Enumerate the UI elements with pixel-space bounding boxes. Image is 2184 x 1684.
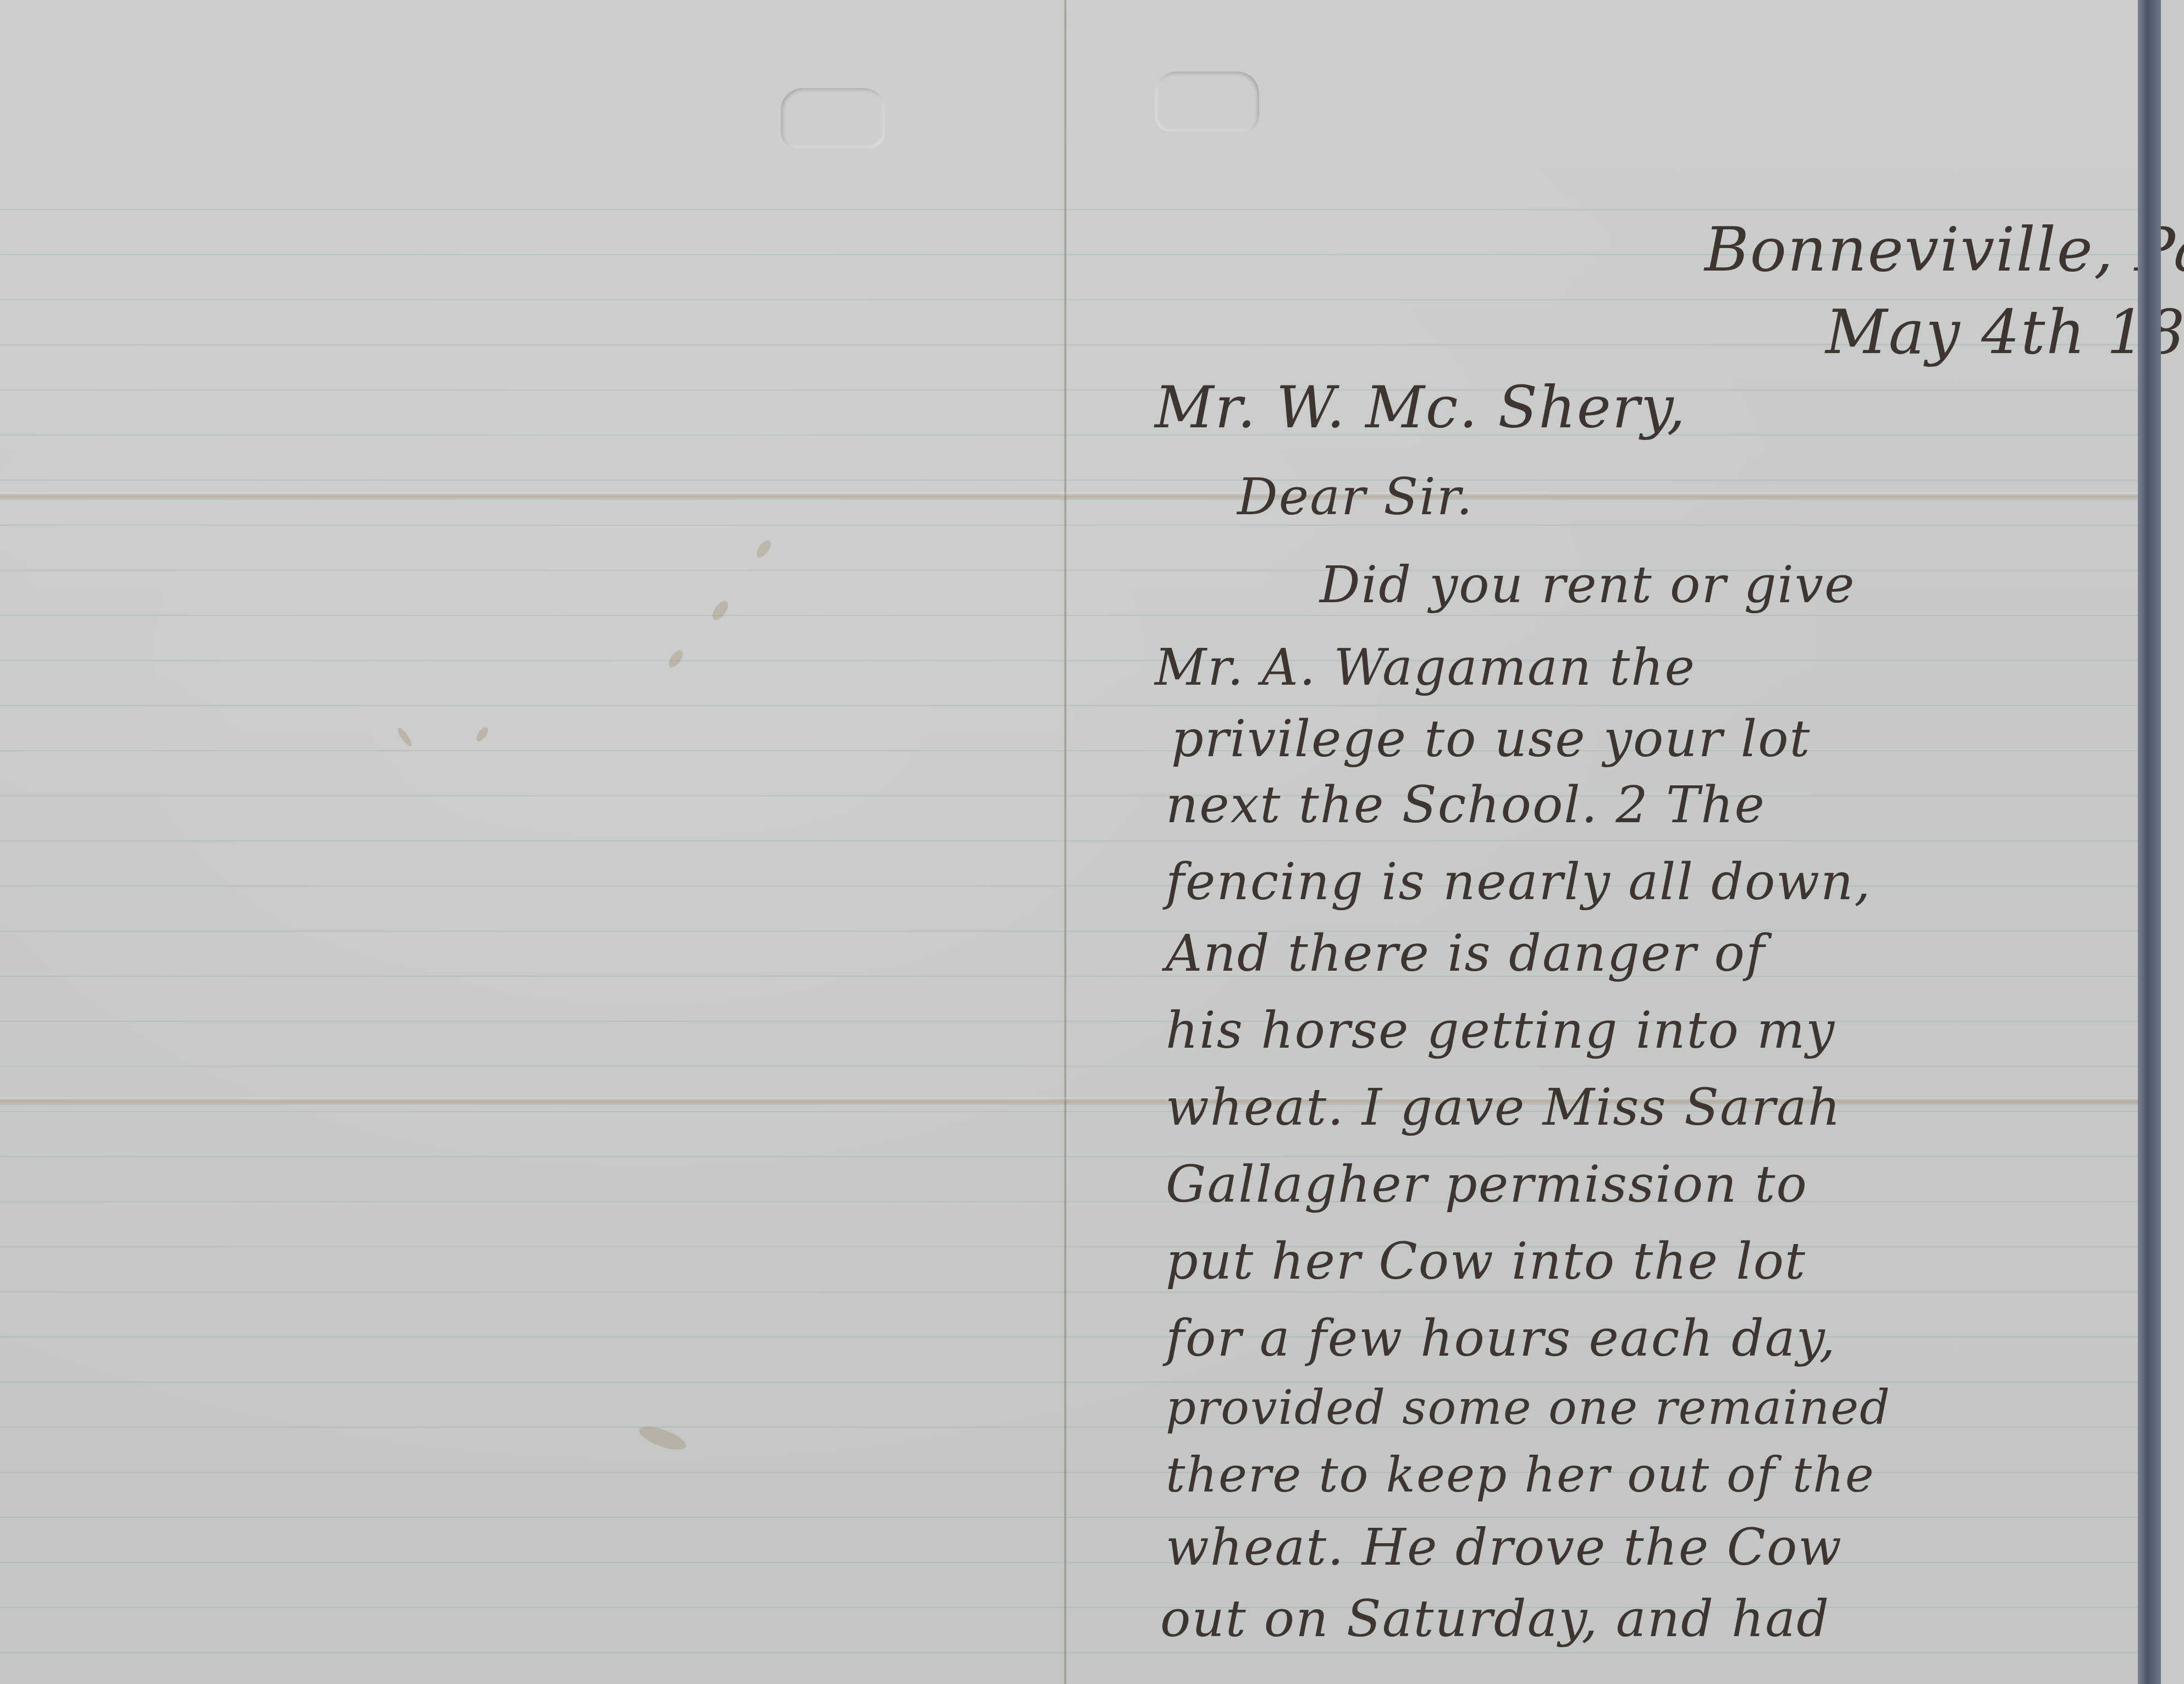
body-line: Mr. A. Wagaman the (1155, 638, 1696, 697)
body-line: put her Cow into the lot (1166, 1232, 1806, 1291)
place-line: Bonneviville, Pa. (1705, 214, 2184, 285)
body-line: privilege to use your lot (1171, 709, 1811, 768)
bugle-emboss-icon (781, 88, 885, 148)
vertical-fold (1064, 0, 1067, 1684)
body-line: there to keep her out of the (1166, 1446, 1875, 1503)
body-line: his horse getting into my (1166, 1001, 1835, 1060)
body-line: out on Saturday, and had (1160, 1589, 1830, 1648)
recipient-line: Mr. W. Mc. Shery, (1155, 374, 1686, 441)
date-line: May 4th 1896. (1825, 297, 2184, 367)
body-line: Gallagher permission to (1166, 1155, 1808, 1214)
bugle-emboss-icon (1155, 71, 1259, 132)
body-line: wheat. He drove the Cow (1166, 1518, 1843, 1577)
salutation-line: Dear Sir. (1237, 467, 1474, 526)
body-line: fencing is nearly all down, (1166, 852, 1872, 911)
body-line: provided some one remained (1166, 1380, 1891, 1435)
body-line: wheat. I gave Miss Sarah (1166, 1078, 1841, 1137)
letter-sheet: Bonneviville, Pa. May 4th 1896. Mr. W. M… (0, 0, 2161, 1684)
background-edge (2138, 0, 2161, 1684)
body-line: next the School. 2 The (1166, 775, 1766, 834)
body-line: Did you rent or give (1320, 555, 1855, 614)
body-line: for a few hours each day, (1166, 1309, 1836, 1368)
horizontal-fold-upper (0, 492, 2161, 500)
body-line: And there is danger of (1166, 924, 1766, 983)
